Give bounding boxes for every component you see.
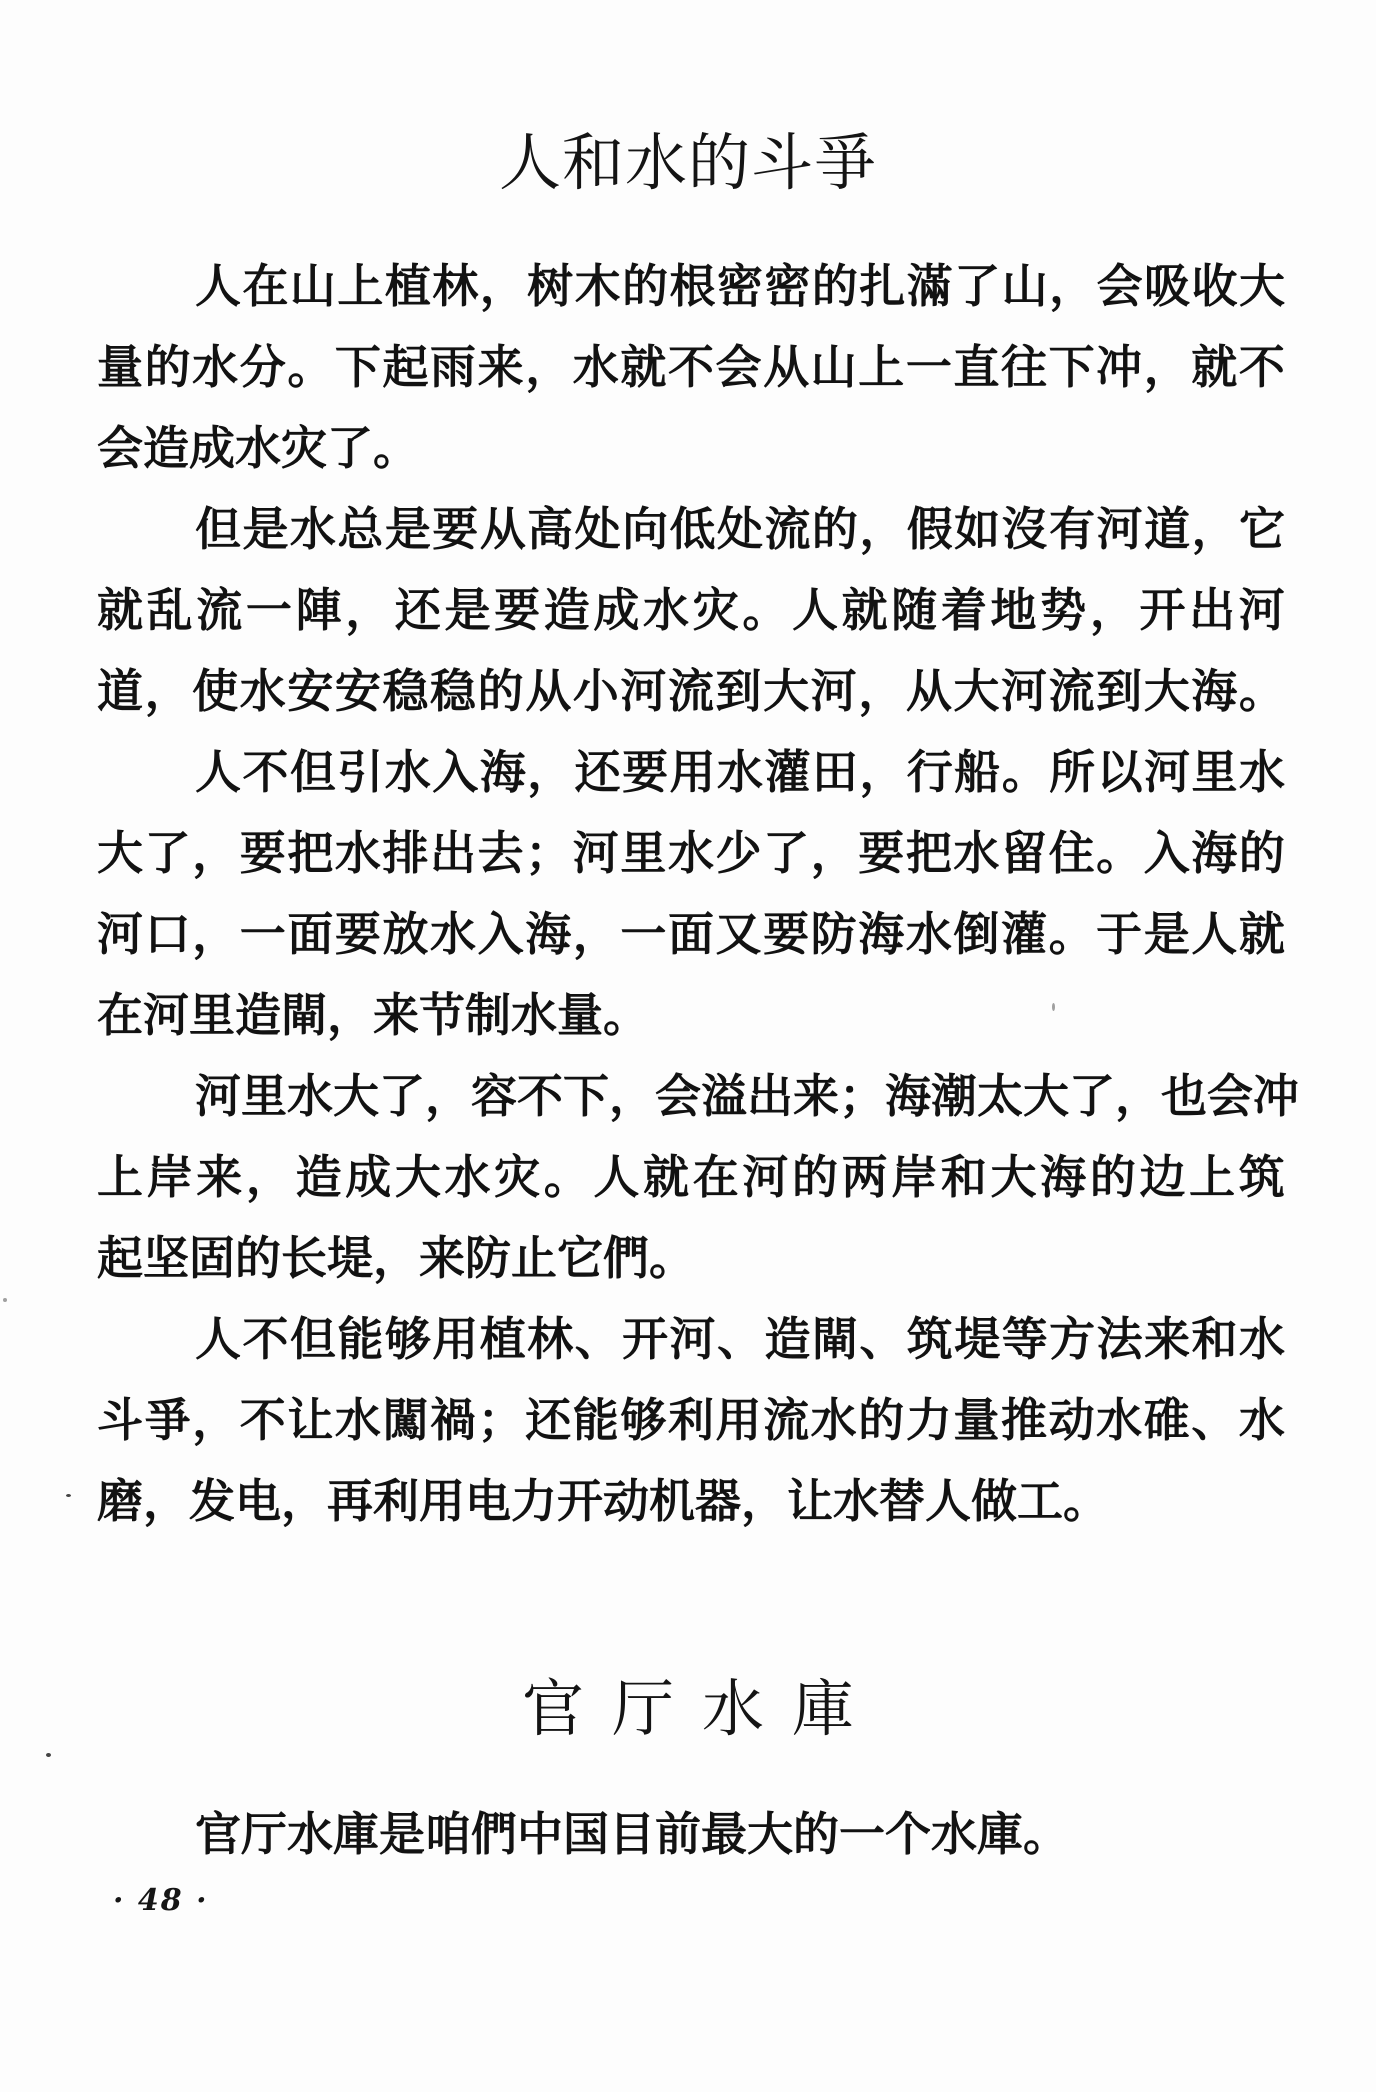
text-line: 斗爭，不让水闖禍；还能够利用流水的力量推动水碓、水 <box>97 1396 1285 1444</box>
text-line: 人在山上植林，树木的根密密的扎滿了山，会吸收大 <box>195 262 1285 310</box>
text-line: 上岸来，造成大水灾。人就在河的两岸和大海的边上筑 <box>97 1153 1285 1201</box>
scan-speck <box>66 1494 71 1497</box>
text-line: 人不但能够用植林、开河、造閘、筑堤等方法来和水 <box>195 1315 1285 1363</box>
text-line: 会造成水灾了。 <box>97 424 1285 472</box>
text-line: 量的水分。下起雨来，水就不会从山上一直往下冲，就不 <box>97 343 1285 391</box>
scan-speck <box>46 1753 51 1757</box>
text-line: 就乱流一陣，还是要造成水灾。人就随着地势，开出河 <box>97 586 1285 634</box>
page-number: · 48 · <box>113 1884 209 1918</box>
text-line: 磨，发电，再利用电力开动机器，让水替人做工。 <box>97 1477 1285 1525</box>
text-line: 大了，要把水排出去；河里水少了，要把水留住。入海的 <box>97 829 1285 877</box>
text-line: 官厅水庫是咱們中国目前最大的一个水庫。 <box>195 1810 1285 1858</box>
text-line: 河口，一面要放水入海，一面又要防海水倒灌。于是人就 <box>97 910 1285 958</box>
text-line: 起坚固的长堤，来防止它們。 <box>97 1234 1285 1282</box>
scan-speck <box>3 1298 7 1302</box>
book-page: 人和水的斗爭 人在山上植林，树木的根密密的扎滿了山，会吸收大量的水分。下起雨来，… <box>0 0 1376 2092</box>
text-line: 河里水大了，容不下，会溢出来；海潮太大了，也会冲 <box>195 1072 1285 1120</box>
text-line: 人不但引水入海，还要用水灌田，行船。所以河里水 <box>195 748 1285 796</box>
text-line: 道，使水安安稳稳的从小河流到大河，从大河流到大海。 <box>97 667 1285 715</box>
scan-speck <box>1052 1003 1055 1011</box>
section-title-guanting-reservoir: 官厅水庫 <box>0 1676 1376 1742</box>
text-line: 在河里造閘，来节制水量。 <box>97 991 1285 1039</box>
text-line: 但是水总是要从高处向低处流的，假如沒有河道，它 <box>195 505 1285 553</box>
section-title-man-and-water: 人和水的斗爭 <box>0 130 1376 196</box>
